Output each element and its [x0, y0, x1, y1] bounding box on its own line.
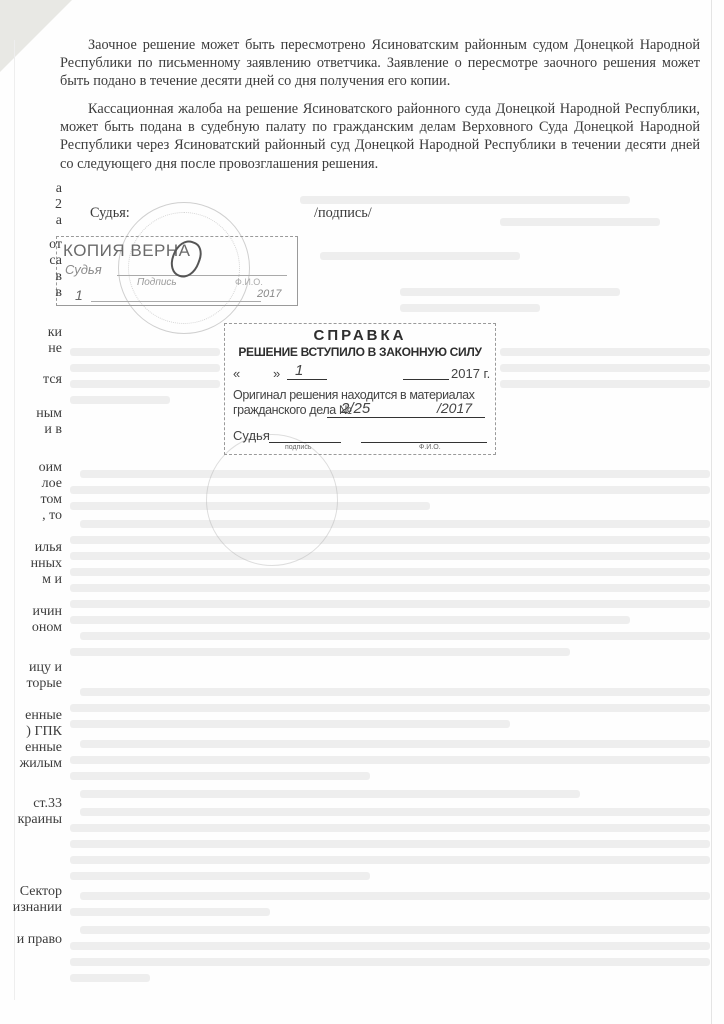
margin-fragment: жилым — [0, 756, 62, 772]
margin-fragment: Сектор — [0, 884, 62, 900]
scan-edge-line — [711, 0, 712, 1024]
copy-stamp-judge-line — [117, 275, 287, 276]
certificate-year-line — [403, 379, 449, 380]
certificate-subtitle: РЕШЕНИЕ ВСТУПИЛО В ЗАКОННУЮ СИЛУ — [225, 345, 495, 359]
margin-fragment: илья — [0, 540, 62, 556]
margin-fragment: от — [0, 237, 62, 253]
certificate-fio-line — [361, 442, 487, 443]
margin-fragment: в — [0, 269, 62, 285]
paragraph-cassation: Кассационная жалоба на решение Ясиноватс… — [60, 100, 700, 173]
scanned-page: Заочное решение может быть пересмотрено … — [0, 0, 724, 1024]
margin-fragment: краины — [0, 812, 62, 828]
margin-fragment: нных — [0, 556, 62, 572]
certificate-fio-caption: Ф.И.О. — [419, 444, 441, 451]
certificate-month-line — [287, 379, 327, 380]
margin-fragment: ст.33 — [0, 796, 62, 812]
margin-fragment: оном — [0, 620, 62, 636]
copy-stamp-signature-label: Подпись — [137, 277, 177, 288]
certificate-case-line — [327, 417, 485, 418]
margin-fragment: и право — [0, 932, 62, 948]
certificate-judge-label: Судья — [233, 428, 270, 443]
margin-fragment: не — [0, 341, 62, 357]
margin-fragment: ицу и — [0, 660, 62, 676]
margin-fragment: са — [0, 253, 62, 269]
certificate-date-close-quote: » — [273, 366, 280, 381]
margin-fragment: том — [0, 492, 62, 508]
copy-stamp-date-line — [91, 301, 261, 302]
margin-fragment: 2 — [0, 197, 62, 213]
copy-stamp-fio-label: Ф.И.О. — [235, 277, 263, 287]
margin-fragment: лое — [0, 476, 62, 492]
paragraph-appeal-review: Заочное решение может быть пересмотрено … — [60, 36, 700, 91]
margin-fragment: а — [0, 213, 62, 229]
margin-fragment: а — [0, 181, 62, 197]
margin-fragment: торые — [0, 676, 62, 692]
judge-signature-value: /подпись/ — [314, 205, 372, 222]
judge-signature-label: Судья: — [90, 205, 130, 222]
certificate-case-label: гражданского дела № — [233, 403, 352, 417]
copy-stamp-judge-label: Судья — [65, 262, 102, 277]
margin-fragment: ичин — [0, 604, 62, 620]
margin-fragment: м и — [0, 572, 62, 588]
margin-fragment: ным — [0, 406, 62, 422]
margin-fragment: изнании — [0, 900, 62, 916]
certificate-year: 2017 г. — [451, 366, 490, 381]
margin-fragment: в — [0, 285, 62, 301]
certificate-date-open-quote: « — [233, 366, 240, 381]
legal-force-certificate-stamp: СПРАВКА РЕШЕНИЕ ВСТУПИЛО В ЗАКОННУЮ СИЛУ… — [224, 323, 496, 455]
certificate-case-number: 2/25 — [341, 400, 370, 417]
margin-fragment: ) ГПК — [0, 724, 62, 740]
certificate-case-year: /2017 — [437, 400, 472, 416]
certificate-signature-line — [269, 442, 341, 443]
certificate-title: СПРАВКА — [225, 327, 495, 344]
margin-fragment: , то — [0, 508, 62, 524]
certificate-day: 1 — [295, 362, 303, 379]
margin-fragment: ки — [0, 325, 62, 341]
copy-stamp-year: 2017 — [257, 288, 281, 300]
margin-fragment: енные — [0, 708, 62, 724]
certificate-signature-caption: подпись — [285, 444, 311, 451]
margin-fragment: енные — [0, 740, 62, 756]
margin-fragment: оим — [0, 460, 62, 476]
copy-stamp-day: 1 — [75, 287, 83, 303]
margin-fragment: тся — [0, 372, 62, 388]
margin-fragment: и в — [0, 422, 62, 438]
